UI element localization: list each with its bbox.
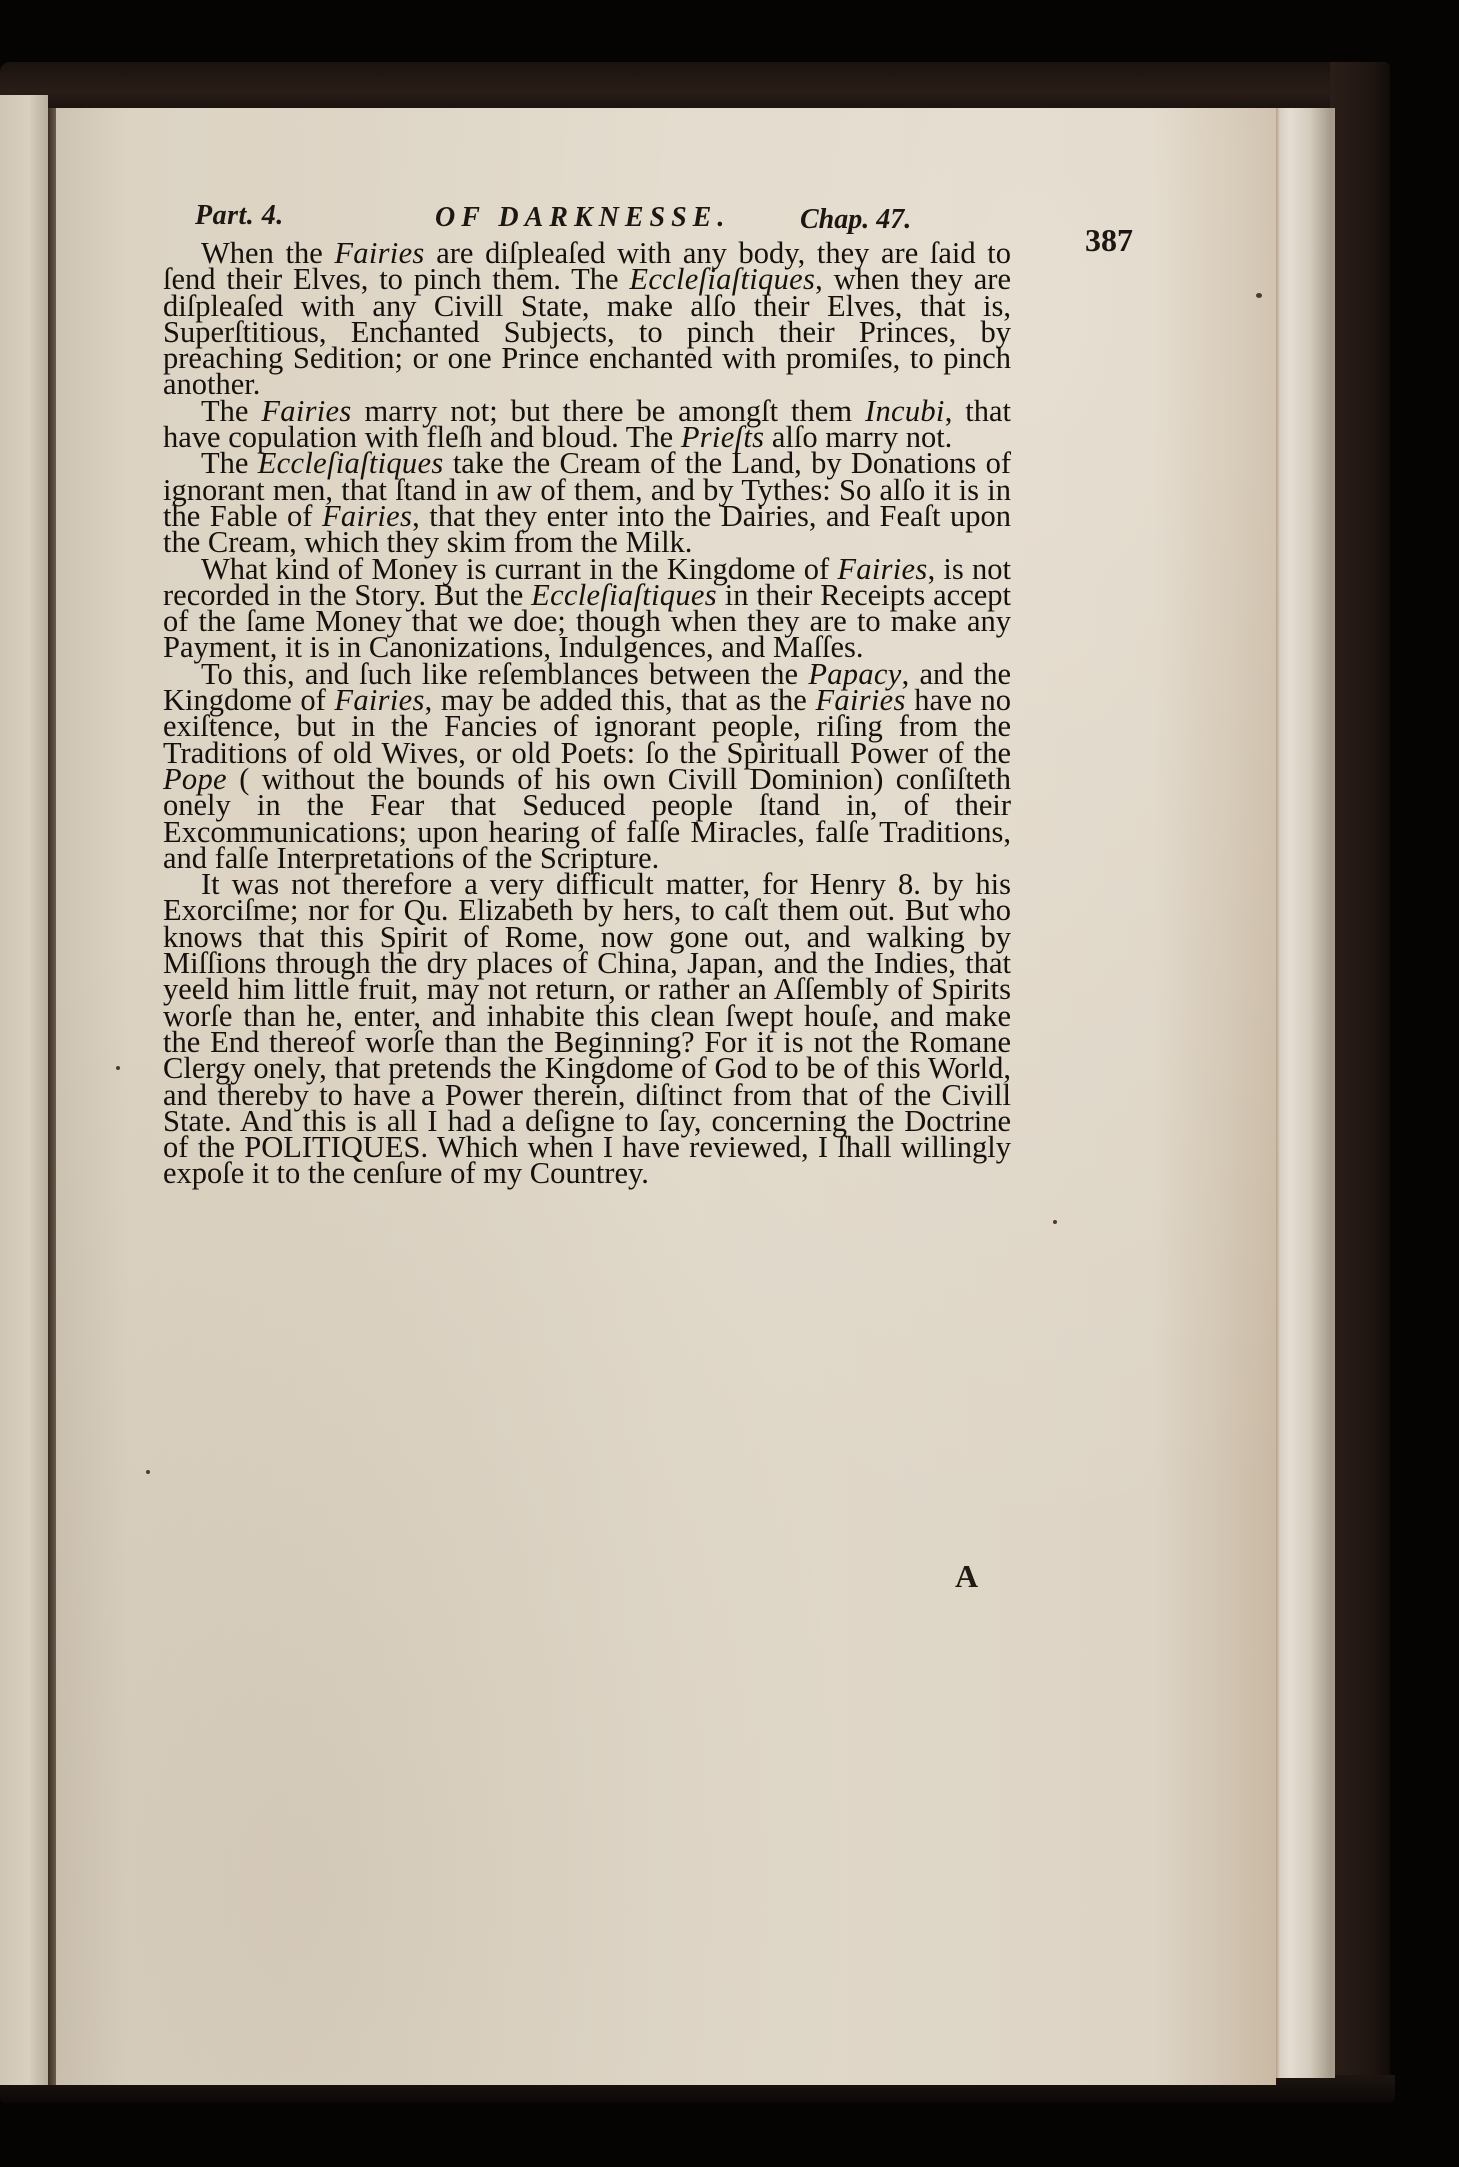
paragraph: The Fairies marry not; but there be amon… xyxy=(163,398,1011,451)
paragraph: It was not therefore a very difficult ma… xyxy=(163,871,1011,1187)
paper-speck xyxy=(146,1470,150,1474)
chapter-title: OF DARKNESSE. xyxy=(435,202,730,234)
book-cover-top-edge xyxy=(0,62,1370,110)
paper-speck xyxy=(116,1066,120,1070)
part-label: Part. 4. xyxy=(195,200,284,232)
paragraph: What kind of Money is currant in the Kin… xyxy=(163,556,1011,661)
text-run: It was not therefore a very difficult ma… xyxy=(163,867,1011,1190)
paragraph: The Eccleſiaſtiques take the Cream of th… xyxy=(163,450,1011,555)
text-run: ( without the bounds of his own Civill D… xyxy=(163,762,1011,875)
page-number: 387 xyxy=(1085,222,1133,259)
chapter-number: Chap. 47. xyxy=(800,204,911,236)
body-text: When the Fairies are diſpleaſed with any… xyxy=(163,240,1011,1187)
binding-gutter xyxy=(48,108,56,2085)
paragraph: When the Fairies are diſpleaſed with any… xyxy=(163,240,1011,398)
facing-page-edge xyxy=(0,95,48,2085)
signature-mark: A xyxy=(955,1558,978,1595)
paper-speck xyxy=(1053,1220,1057,1224)
running-head: Part. 4. OF DARKNESSE. Chap. 47. xyxy=(140,200,1140,240)
page-stack-fore-edge xyxy=(1270,108,1335,2078)
book-cover-right-edge xyxy=(1330,62,1390,2102)
paper-speck xyxy=(1256,293,1262,298)
paragraph: To this, and ſuch like reſemblances betw… xyxy=(163,661,1011,871)
